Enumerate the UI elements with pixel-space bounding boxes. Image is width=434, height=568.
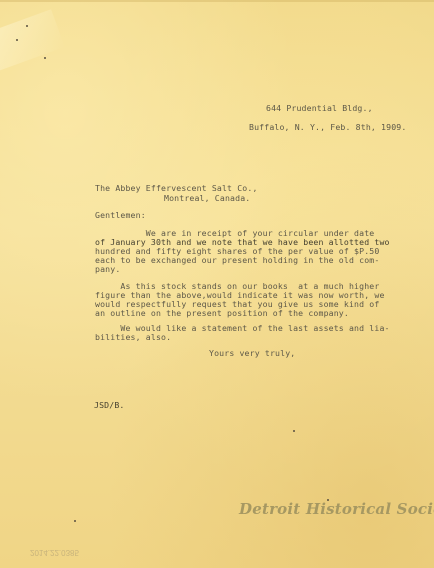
paper-speck (74, 520, 76, 522)
paper-speck (327, 499, 329, 501)
paragraph-2-line-4: an outline on the present position of th… (95, 309, 349, 318)
salutation: Gentlemen: (95, 211, 146, 220)
paper-speck (16, 39, 18, 41)
paper-crease (0, 0, 434, 2)
paragraph-3-line-2: bilities, also. (95, 333, 171, 342)
sender-address-date: Buffalo, N. Y., Feb. 8th, 1909. (249, 123, 406, 132)
recipient-line1: The Abbey Effervescent Salt Co., (95, 184, 258, 193)
letter-page: 644 Prudential Bldg., Buffalo, N. Y., Fe… (0, 0, 434, 568)
paragraph-1-line-4: each to be exchanged our present holding… (95, 256, 379, 265)
reference-initials: JSD/B. (94, 401, 124, 410)
closing: Yours very truly, (209, 349, 295, 358)
paper-speck (44, 57, 46, 59)
paper-speck (26, 25, 28, 27)
accession-number: 2014.22.0385 (30, 548, 79, 557)
paragraph-1-line-5: pany. (95, 265, 120, 274)
recipient-line2: Montreal, Canada. (164, 194, 250, 203)
paper-speck (293, 430, 295, 432)
paper-fold (0, 9, 65, 71)
sender-address-line1: 644 Prudential Bldg., (266, 104, 373, 113)
watermark: Detroit Historical Society (239, 500, 434, 518)
